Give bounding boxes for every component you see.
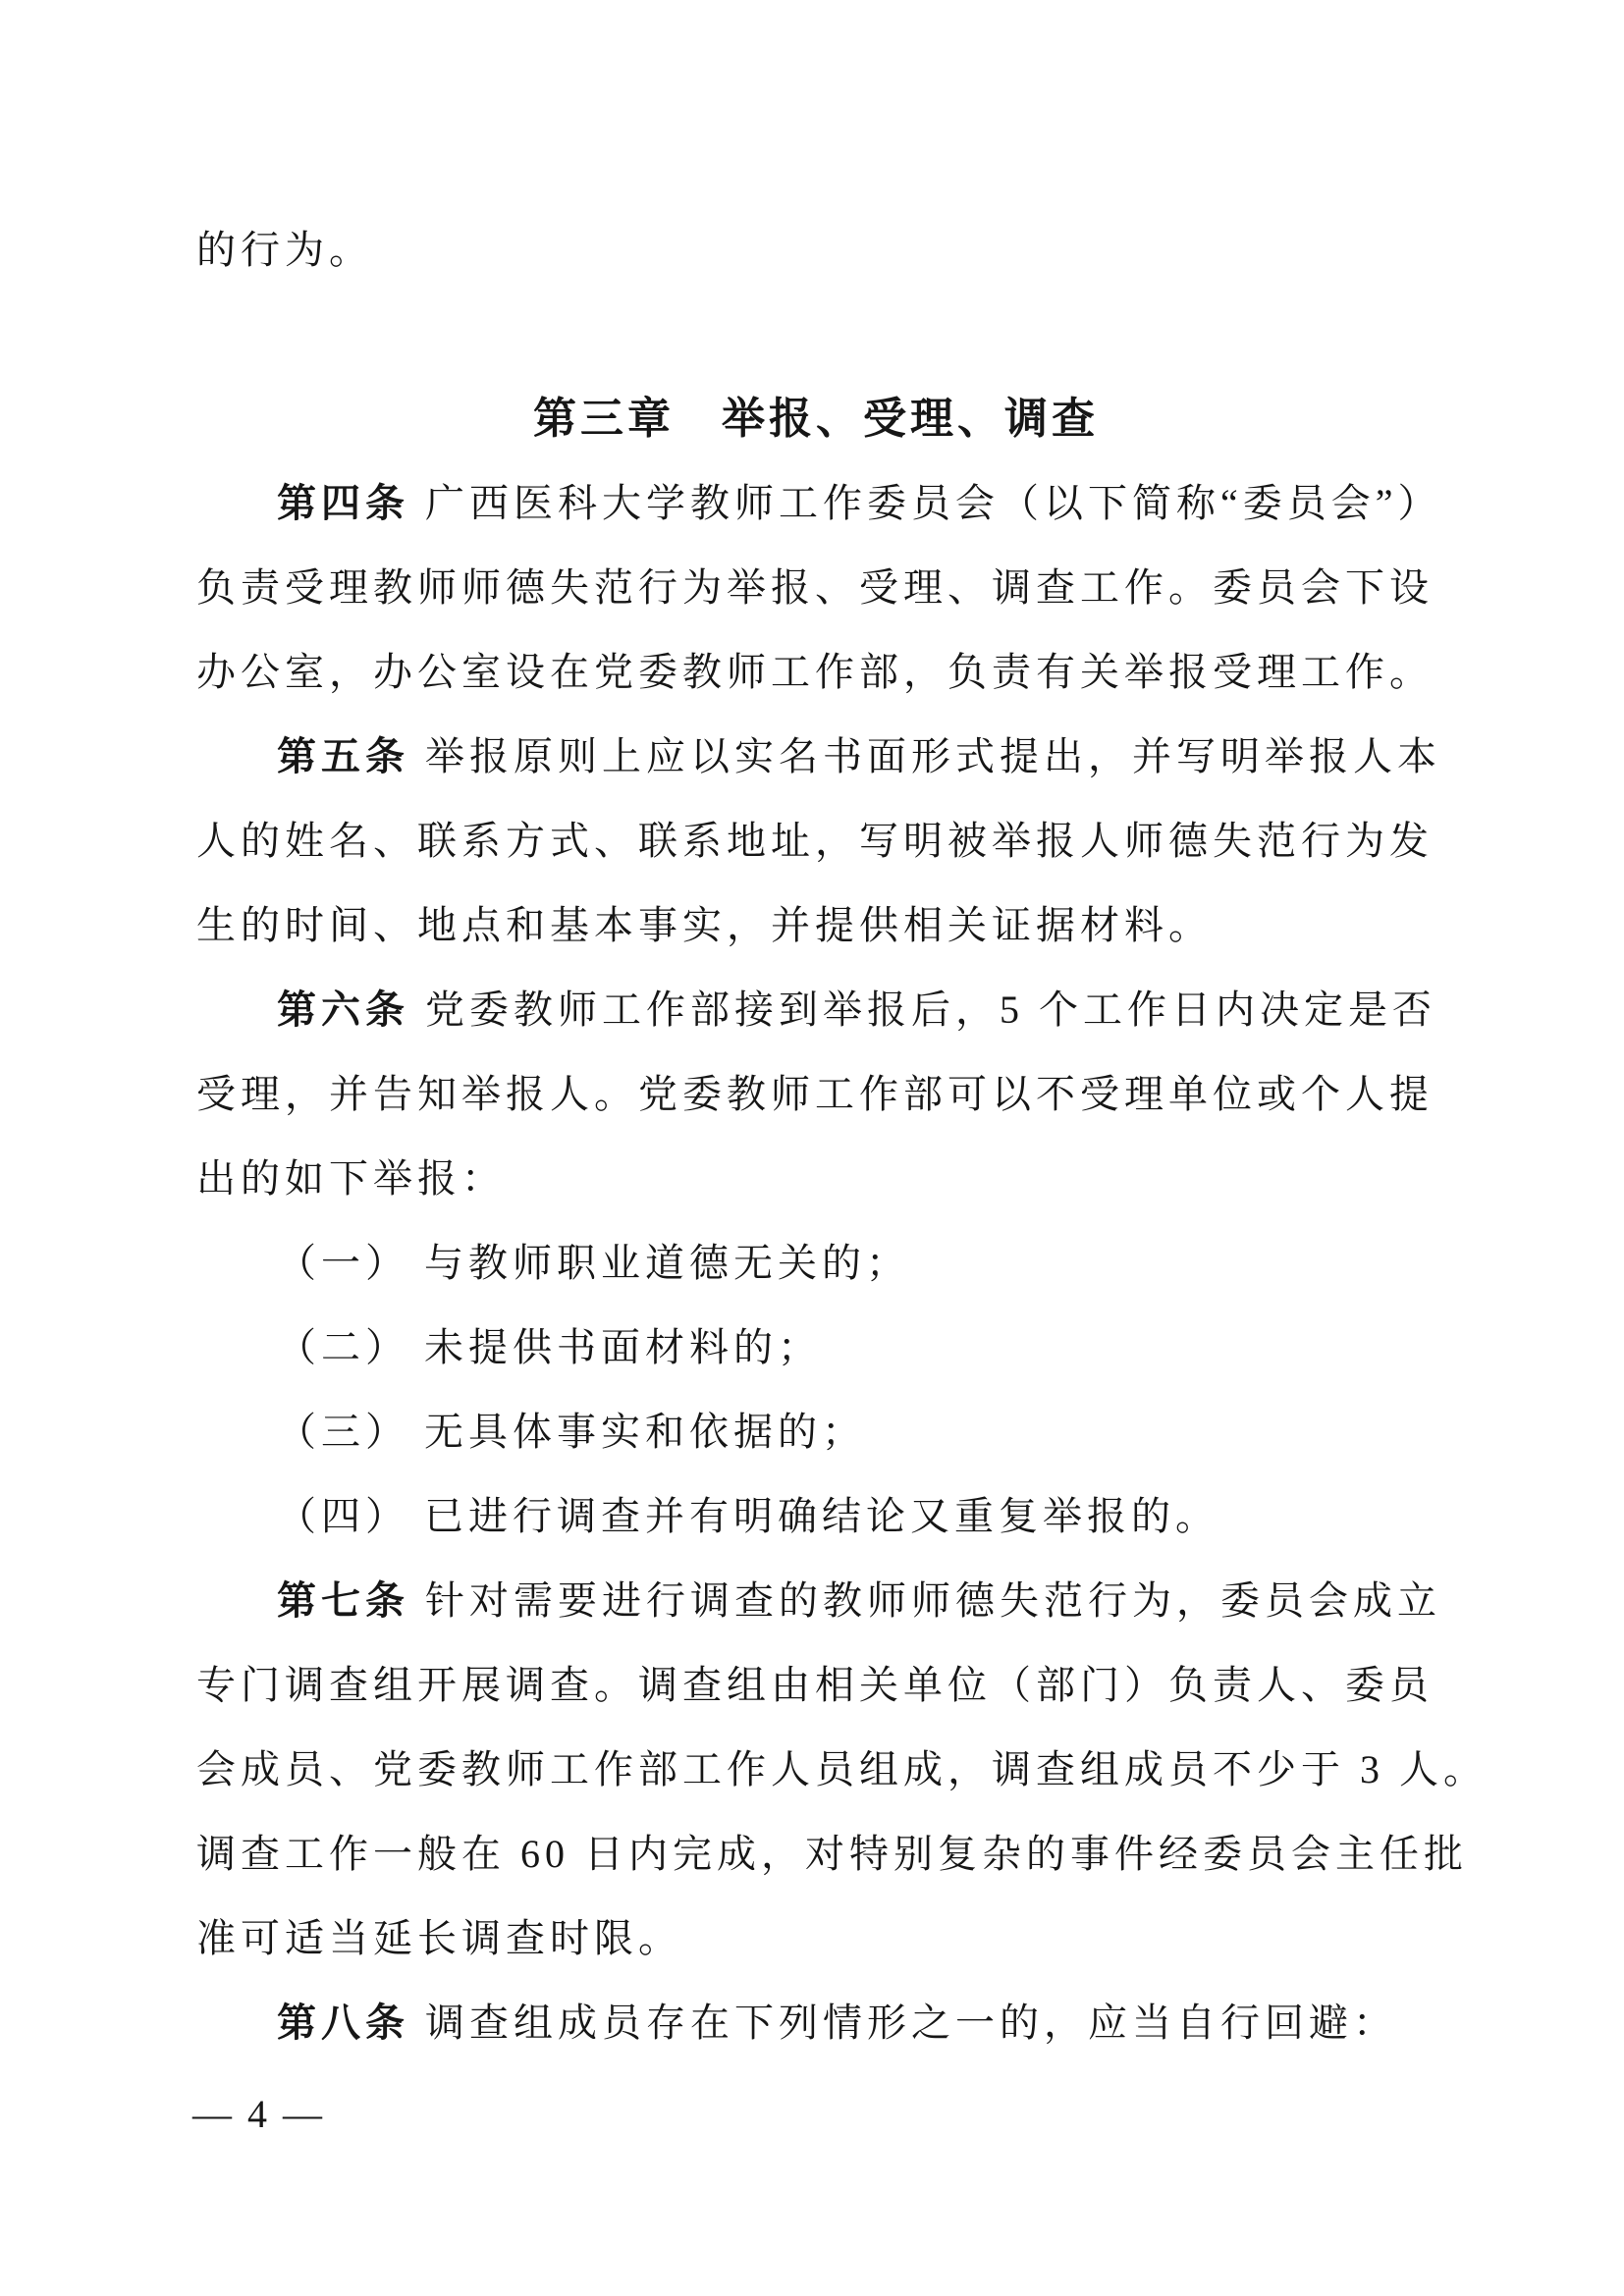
article-6-text: 党委教师工作部接到举报后，5 个工作日内决定是否 bbox=[425, 988, 1436, 1032]
blank-line bbox=[196, 293, 1435, 377]
article-7-line: 会成员、党委教师工作部工作人员组成，调查组成员不少于 3 人。 bbox=[196, 1728, 1435, 1812]
article-7-line: 调查工作一般在 60 日内完成，对特别复杂的事件经委员会主任批 bbox=[196, 1812, 1435, 1896]
article-7-first-line: 第七条针对需要进行调查的教师师德失范行为，委员会成立 bbox=[196, 1559, 1435, 1643]
document-page: 的行为。 第三章 举报、受理、调查 第四条广西医科大学教师工作委员会（以下简称“… bbox=[0, 0, 1624, 2296]
document-body: 的行为。 第三章 举报、受理、调查 第四条广西医科大学教师工作委员会（以下简称“… bbox=[196, 208, 1435, 2065]
article-7-line: 专门调查组开展调查。调查组由相关单位（部门）负责人、委员 bbox=[196, 1643, 1435, 1728]
article-8-label: 第八条 bbox=[277, 2002, 409, 2045]
chapter-heading: 第三章 举报、受理、调查 bbox=[196, 377, 1435, 461]
page-number: — 4 — bbox=[192, 2089, 325, 2140]
article-5-text: 举报原则上应以实名书面形式提出，并写明举报人本 bbox=[425, 734, 1441, 778]
article-7-text: 针对需要进行调查的教师师德失范行为，委员会成立 bbox=[425, 1578, 1441, 1623]
list-item-1: （一） 与教师职业道德无关的； bbox=[196, 1221, 1435, 1306]
list-item-4: （四） 已进行调查并有明确结论又重复举报的。 bbox=[196, 1474, 1435, 1559]
article-5-line: 生的时间、地点和基本事实，并提供相关证据材料。 bbox=[196, 883, 1435, 968]
list-item-2: （二） 未提供书面材料的； bbox=[196, 1306, 1435, 1390]
article-8-first-line: 第八条调查组成员存在下列情形之一的，应当自行回避： bbox=[196, 1981, 1435, 2065]
article-4-line: 负责受理教师师德失范行为举报、受理、调查工作。委员会下设 bbox=[196, 546, 1435, 630]
article-5-line: 人的姓名、联系方式、联系地址，写明被举报人师德失范行为发 bbox=[196, 799, 1435, 883]
article-5-label: 第五条 bbox=[277, 735, 409, 778]
article-6-first-line: 第六条党委教师工作部接到举报后，5 个工作日内决定是否 bbox=[196, 968, 1435, 1052]
article-7-line: 准可适当延长调查时限。 bbox=[196, 1896, 1435, 1981]
article-6-label: 第六条 bbox=[277, 988, 409, 1032]
article-5-first-line: 第五条举报原则上应以实名书面形式提出，并写明举报人本 bbox=[196, 715, 1435, 799]
article-4-line: 办公室，办公室设在党委教师工作部，负责有关举报受理工作。 bbox=[196, 630, 1435, 715]
article-4-label: 第四条 bbox=[277, 482, 409, 525]
article-4-text: 广西医科大学教师工作委员会（以下简称“委员会”） bbox=[425, 481, 1442, 525]
paragraph-continuation: 的行为。 bbox=[196, 208, 1435, 293]
article-7-label: 第七条 bbox=[277, 1579, 409, 1623]
article-8-text: 调查组成员存在下列情形之一的，应当自行回避： bbox=[425, 2001, 1397, 2045]
article-4-first-line: 第四条广西医科大学教师工作委员会（以下简称“委员会”） bbox=[196, 461, 1435, 546]
article-6-line: 受理，并告知举报人。党委教师工作部可以不受理单位或个人提 bbox=[196, 1052, 1435, 1137]
list-item-3: （三） 无具体事实和依据的； bbox=[196, 1390, 1435, 1474]
article-6-line: 出的如下举报： bbox=[196, 1137, 1435, 1221]
